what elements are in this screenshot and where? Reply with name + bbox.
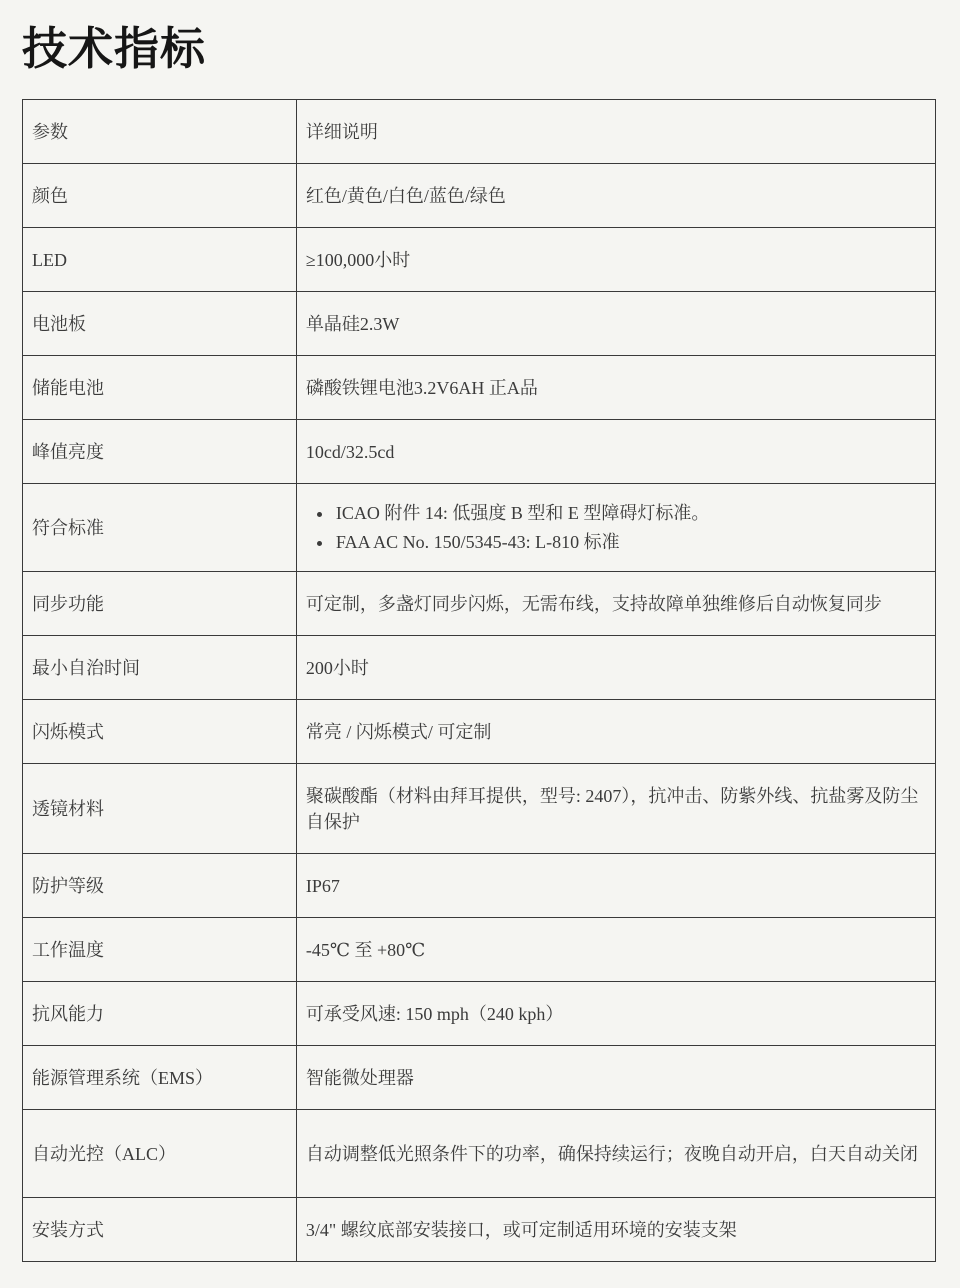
desc-cell: ≥100,000小时 — [296, 228, 935, 292]
param-cell: 闪烁模式 — [23, 700, 297, 764]
param-cell: 抗风能力 — [23, 982, 297, 1046]
desc-cell: 3/4" 螺纹底部安装接口，或可定制适用环境的安装支架 — [296, 1198, 935, 1262]
page-title: 技术指标 — [22, 26, 936, 73]
desc-cell: IP67 — [296, 854, 935, 918]
table-row-battery: 储能电池 磷酸铁锂电池3.2V6AH 正A品 — [23, 356, 936, 420]
param-cell: 安装方式 — [23, 1198, 297, 1262]
param-cell: 储能电池 — [23, 356, 297, 420]
standards-list: ICAO 附件 14: 低强度 B 型和 E 型障碍灯标准。 FAA AC No… — [306, 500, 923, 556]
param-cell: 峰值亮度 — [23, 420, 297, 484]
table-row-led: LED ≥100,000小时 — [23, 228, 936, 292]
desc-cell: -45℃ 至 +80℃ — [296, 918, 935, 982]
desc-cell: 可定制，多盏灯同步闪烁，无需布线，支持故障单独维修后自动恢复同步 — [296, 572, 935, 636]
header-param-cell: 参数 — [23, 100, 297, 164]
param-cell: 最小自治时间 — [23, 636, 297, 700]
standards-item-icao: ICAO 附件 14: 低强度 B 型和 E 型障碍灯标准。 — [334, 500, 923, 527]
table-row-sync: 同步功能 可定制，多盏灯同步闪烁，无需布线，支持故障单独维修后自动恢复同步 — [23, 572, 936, 636]
desc-cell: 自动调整低光照条件下的功率，确保持续运行；夜晚自动开启，白天自动关闭 — [296, 1110, 935, 1198]
param-cell: 透镜材料 — [23, 764, 297, 854]
param-cell: 能源管理系统（EMS） — [23, 1046, 297, 1110]
table-row-ip-rating: 防护等级 IP67 — [23, 854, 936, 918]
desc-cell: 10cd/32.5cd — [296, 420, 935, 484]
desc-cell: 磷酸铁锂电池3.2V6AH 正A品 — [296, 356, 935, 420]
table-row-color: 颜色 红色/黄色/白色/蓝色/绿色 — [23, 164, 936, 228]
desc-cell: 常亮 / 闪烁模式/ 可定制 — [296, 700, 935, 764]
standards-item-faa: FAA AC No. 150/5345-43: L-810 标准 — [334, 529, 923, 556]
table-row-autonomy: 最小自治时间 200小时 — [23, 636, 936, 700]
table-row-wind-resistance: 抗风能力 可承受风速: 150 mph（240 kph） — [23, 982, 936, 1046]
table-header-row: 参数 详细说明 — [23, 100, 936, 164]
desc-cell: 红色/黄色/白色/蓝色/绿色 — [296, 164, 935, 228]
table-row-lens-material: 透镜材料 聚碳酸酯（材料由拜耳提供，型号: 2407），抗冲击、防紫外线、抗盐雾… — [23, 764, 936, 854]
table-row-solar-panel: 电池板 单晶硅2.3W — [23, 292, 936, 356]
table-row-mounting: 安装方式 3/4" 螺纹底部安装接口，或可定制适用环境的安装支架 — [23, 1198, 936, 1262]
table-row-ems: 能源管理系统（EMS） 智能微处理器 — [23, 1046, 936, 1110]
param-cell: LED — [23, 228, 297, 292]
desc-cell: 200小时 — [296, 636, 935, 700]
table-row-standards: 符合标准 ICAO 附件 14: 低强度 B 型和 E 型障碍灯标准。 FAA … — [23, 484, 936, 572]
desc-cell: ICAO 附件 14: 低强度 B 型和 E 型障碍灯标准。 FAA AC No… — [296, 484, 935, 572]
param-cell: 自动光控（ALC） — [23, 1110, 297, 1198]
desc-cell: 可承受风速: 150 mph（240 kph） — [296, 982, 935, 1046]
spec-page: 技术指标 参数 详细说明 颜色 红色/黄色/白色/蓝色/绿色 LED ≥100,… — [0, 0, 960, 1288]
param-cell: 符合标准 — [23, 484, 297, 572]
desc-cell: 智能微处理器 — [296, 1046, 935, 1110]
spec-table: 参数 详细说明 颜色 红色/黄色/白色/蓝色/绿色 LED ≥100,000小时… — [22, 99, 936, 1262]
table-row-flash-mode: 闪烁模式 常亮 / 闪烁模式/ 可定制 — [23, 700, 936, 764]
param-cell: 电池板 — [23, 292, 297, 356]
param-cell: 同步功能 — [23, 572, 297, 636]
desc-cell: 聚碳酸酯（材料由拜耳提供，型号: 2407），抗冲击、防紫外线、抗盐雾及防尘自保… — [296, 764, 935, 854]
table-row-alc: 自动光控（ALC） 自动调整低光照条件下的功率，确保持续运行；夜晚自动开启，白天… — [23, 1110, 936, 1198]
param-cell: 颜色 — [23, 164, 297, 228]
param-cell: 防护等级 — [23, 854, 297, 918]
table-row-operating-temp: 工作温度 -45℃ 至 +80℃ — [23, 918, 936, 982]
param-cell: 工作温度 — [23, 918, 297, 982]
desc-cell: 单晶硅2.3W — [296, 292, 935, 356]
header-desc-cell: 详细说明 — [296, 100, 935, 164]
table-row-peak-intensity: 峰值亮度 10cd/32.5cd — [23, 420, 936, 484]
